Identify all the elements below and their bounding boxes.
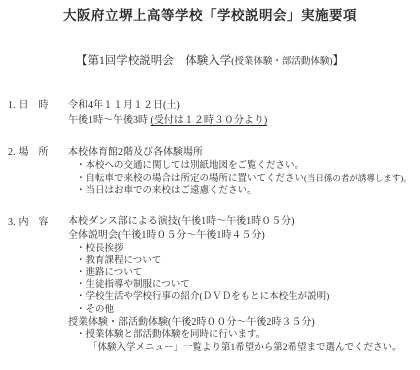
program-line: 本校ダンス部による演技(午後1時～午後1時０５分) — [68, 215, 418, 229]
section-number: 2. — [8, 147, 16, 158]
program-text: 本校ダンス部による演技(午後1時～午後1時０５分) — [68, 216, 294, 227]
bullet-line: ・自転車で来校の場合は所定の場所に置いてください(当日係の者が誘導します)。 — [68, 172, 418, 185]
section-contents: 3.内 容 本校ダンス部による演技(午後1時～午後1時０５分) 全体説明会(午後… — [8, 215, 418, 355]
bullet-line: ・学校生活や学校行事の紹介(ＤＶＤをもとに本校生が説明) — [68, 291, 418, 303]
date-line: 令和4年１１月１２日(土) — [68, 98, 418, 113]
section-place-label: 2.場 所 — [8, 145, 68, 198]
bullet-line: ・本校への交通に関しては別紙地図をご覧ください。 — [68, 160, 418, 172]
bullet-line: ・校長挨拶 — [68, 243, 418, 255]
program-line: 全体説明会(午後1時０５分～午後1時４５分) — [68, 229, 418, 243]
section-datetime-content: 令和4年１１月１２日(土) 午後1時～午後3時 (受付は１２時３０分より) — [68, 98, 418, 128]
bullet-line: ・授業体験と部活動体験を同時に行います。 — [68, 329, 418, 342]
sections-container: 1.日 時 令和4年１１月１２日(土) 午後1時～午後3時 (受付は１２時３０分… — [0, 98, 420, 355]
section-number: 3. — [8, 217, 16, 228]
reception-time-underlined: (受付は１２時３０分より) — [151, 115, 268, 126]
program-text: 全体説明会(午後1時０５分～午後1時４５分) — [68, 230, 265, 241]
place-text: 本校体育館2階及び各体験場所 — [68, 147, 203, 158]
bullet-line: ・進路について — [68, 267, 418, 279]
section-place-content: 本校体育館2階及び各体験場所 ・本校への交通に関しては別紙地図をご覧ください。 … — [68, 145, 418, 198]
bullet-text: ・その他 — [76, 305, 114, 315]
program-text: 授業体験・部活動体験(午後2時００分～午後2時３５分) — [68, 317, 315, 328]
bullet-text: ・本校への交通に関しては別紙地図をご覧ください。 — [76, 161, 304, 171]
bullet-text: ・生徒指導や制服について — [76, 280, 190, 290]
bullet-text: ・校長挨拶 — [76, 244, 124, 254]
subtitle-close-bracket: 】 — [333, 55, 345, 67]
section-label-text: 日 時 — [19, 100, 49, 111]
bullet-text: ・当日はお車での来校はご遠慮ください。 — [76, 186, 257, 196]
note-text: 「体験入学メニュー」一覧より第1希望から第2希望まで選んでください。 — [88, 343, 402, 353]
subtitle-parenthetical: (授業体験・部活動体験) — [231, 57, 332, 67]
bullet-line: ・当日はお車での来校はご遠慮ください。 — [68, 185, 418, 197]
place-line: 本校体育館2階及び各体験場所 — [68, 145, 418, 160]
bullet-line: ・生徒指導や制服について — [68, 279, 418, 291]
section-label-text: 内 容 — [19, 217, 49, 228]
bullet-line: ・その他 — [68, 304, 418, 316]
document-page: 大阪府立堺上高等学校「学校説明会」実施要項 【第1回学校説明会 体験入学(授業体… — [0, 0, 420, 355]
bullet-parenthetical: (当日係の者が誘導します)。 — [304, 173, 412, 183]
bullet-text: ・授業体験と部活動体験を同時に行います。 — [76, 330, 265, 340]
note-line: 「体験入学メニュー」一覧より第1希望から第2希望まで選んでください。 — [68, 342, 418, 355]
section-datetime: 1.日 時 令和4年１１月１２日(土) 午後1時～午後3時 (受付は１２時３０分… — [8, 98, 418, 128]
program-line: 授業体験・部活動体験(午後2時００分～午後2時３５分) — [68, 316, 418, 329]
subtitle-main: 【第1回学校説明会 体験入学 — [76, 55, 231, 67]
section-place: 2.場 所 本校体育館2階及び各体験場所 ・本校への交通に関しては別紙地図をご覧… — [8, 145, 418, 198]
date-text: 令和4年１１月１２日(土) — [68, 100, 180, 111]
bullet-text: ・自転車で来校の場合は所定の場所に置いてください — [76, 174, 304, 184]
time-line: 午後1時～午後3時 (受付は１２時３０分より) — [68, 113, 418, 128]
bullet-line: ・教育課程について — [68, 255, 418, 267]
time-text: 午後1時～午後3時 — [68, 115, 151, 126]
section-contents-content: 本校ダンス部による演技(午後1時～午後1時０５分) 全体説明会(午後1時０５分～… — [68, 215, 418, 355]
bullet-text: ・学校生活や学校行事の紹介(ＤＶＤをもとに本校生が説明) — [76, 292, 329, 302]
document-title: 大阪府立堺上高等学校「学校説明会」実施要項 — [0, 8, 420, 24]
section-number: 1. — [8, 100, 16, 111]
section-label-text: 場 所 — [19, 147, 49, 158]
section-contents-label: 3.内 容 — [8, 215, 68, 355]
bullet-text: ・教育課程について — [76, 256, 161, 266]
section-datetime-label: 1.日 時 — [8, 98, 68, 128]
document-subtitle: 【第1回学校説明会 体験入学(授業体験・部活動体験)】 — [0, 54, 420, 69]
bullet-text: ・進路について — [76, 268, 142, 278]
